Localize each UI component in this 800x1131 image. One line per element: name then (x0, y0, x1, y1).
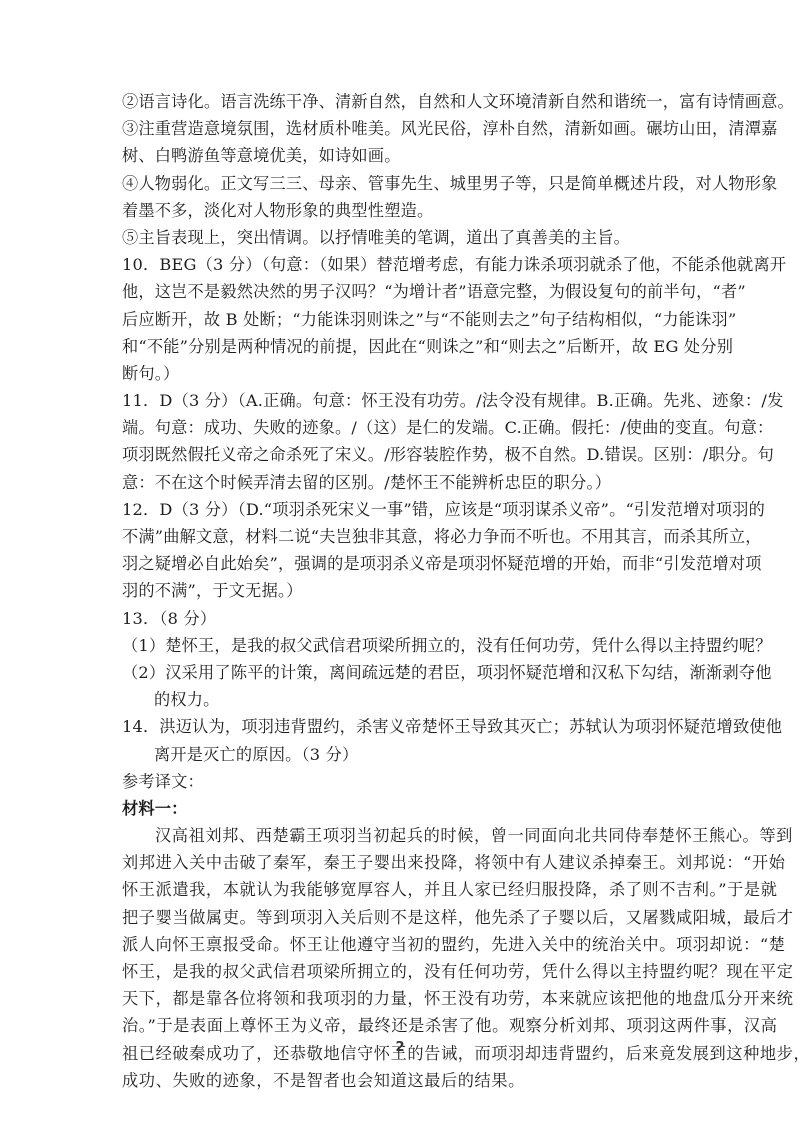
question-12-cont: 不满”曲解文意，材料二说“夫岂独非其意，将必力争而不听也。不用其言，而杀其所立， (122, 523, 682, 550)
translation-line: 成功、失败的迹象，不是智者也会知道这最后的结果。 (122, 1067, 682, 1094)
question-12-answer: 12．D（3 分）（D.“项羽杀死宋义一事”错，应该是“项羽谋杀义帝”。“引发范… (122, 496, 682, 523)
question-10-cont: 断句。） (122, 360, 682, 387)
question-11-answer: 11．D（3 分）（A.正确。句意：怀王没有功劳。/法令没有规律。B.正确。先兆… (122, 387, 682, 414)
answer-document: ②语言诗化。语言洗练干净、清新自然，自然和人文环境清新自然和谐统一，富有诗情画意… (122, 88, 682, 1094)
question-13-part-2: （2）汉采用了陈平的计策，离间疏远楚的君臣，项羽怀疑范增和汉私下勾结，渐渐剥夺他 (122, 659, 682, 686)
translation-line: 怀王派遣我，本就认为我能够宽厚容人，并且人家已经归服投降，杀了则不吉利。”于是就 (122, 876, 682, 903)
material-one-heading: 材料一： (122, 795, 682, 822)
question-14-answer: 14．洪迈认为，项羽违背盟约，杀害义帝楚怀王导致其灭亡；苏轼认为项羽怀疑范增致使… (122, 713, 682, 740)
translation-line: 天下，都是靠各位将领和我项羽的力量，怀王没有功劳，本来就应该把他的地盘瓜分开来统 (122, 985, 682, 1012)
translation-line: 派人向怀王禀报受命。怀王让他遵守当初的盟约，先进入关中的统治关中。项羽却说：“楚 (122, 931, 682, 958)
question-12-cont: 羽之疑增必自此始矣”，强调的是项羽杀义帝是项羽怀疑范增的开始，而非“引发范增对项 (122, 550, 682, 577)
answer-point-2: ②语言诗化。语言洗练干净、清新自然，自然和人文环境清新自然和谐统一，富有诗情画意… (122, 88, 682, 115)
question-13-part-2-cont: 的权力。 (122, 686, 682, 713)
translation-line: 怀王，是我的叔父武信君项梁所拥立的，没有任何功劳，凭什么得以主持盟约呢？现在平定 (122, 958, 682, 985)
question-13-heading: 13．（8 分） (122, 605, 682, 632)
question-13-part-1: （1）楚怀王，是我的叔父武信君项梁所拥立的，没有任何功劳，凭什么得以主持盟约呢？ (122, 632, 682, 659)
answer-point-3-cont: 树、白鸭游鱼等意境优美，如诗如画。 (122, 142, 682, 169)
translation-paragraph-start: 汉高祖刘邦、西楚霸王项羽当初起兵的时候，曾一同面向北共同侍奉楚怀王熊心。等到 (122, 822, 682, 849)
answer-point-3: ③注重营造意境氛围，选材质朴唯美。风光民俗，淳朴自然，清新如画。碾坊山田，清潭嘉 (122, 115, 682, 142)
translation-line: 刘邦进入关中击破了秦军，秦王子婴出来投降，将领中有人建议杀掉秦王。刘邦说：“开始 (122, 849, 682, 876)
reference-translation-heading: 参考译文： (122, 768, 682, 795)
translation-line: 治。”于是表面上尊怀王为义帝，最终还是杀害了他。观察分析刘邦、项羽这两件事，汉高 (122, 1012, 682, 1039)
answer-point-4-cont: 着墨不多，淡化对人物形象的典型性塑造。 (122, 197, 682, 224)
question-11-cont: 项羽既然假托义帝之命杀死了宋义。/形容装腔作势，极不自然。D.错误。区别：/职分… (122, 441, 682, 468)
question-14-cont: 离开是灭亡的原因。（3 分） (122, 741, 682, 768)
answer-point-4: ④人物弱化。正文写三三、母亲、管事先生、城里男子等，只是简单概述片段，对人物形象 (122, 170, 682, 197)
question-11-cont: 意：不在这个时候弄清去留的区别。/楚怀王不能辨析忠臣的职分。） (122, 469, 682, 496)
question-10-answer: 10．BEG（3 分）（句意：（如果）替范增考虑，有能力诛杀项羽就杀了他，不能杀… (122, 251, 682, 278)
question-11-cont: 端。句意：成功、失败的迹象。/（这）是仁的发端。C.正确。假托：/使曲的变直。句… (122, 414, 682, 441)
question-10-cont: 和“不能”分别是两种情况的前提，因此在“则诛之”和“则去之”后断开，故 EG 处… (122, 333, 682, 360)
translation-line: 把子婴当做属吏。等到项羽入关后则不是这样，他先杀了子婴以后，又屠戮咸阳城，最后才 (122, 904, 682, 931)
answer-point-5: ⑤主旨表现上，突出情调。以抒情唯美的笔调，道出了真善美的主旨。 (122, 224, 682, 251)
question-10-cont: 后应断开，故 B 处断；“力能诛羽则诛之”与“不能则去之”句子结构相似，“力能诛… (122, 306, 682, 333)
page-number: 2 (0, 1040, 800, 1055)
question-12-cont: 羽的不满”，于文无据。） (122, 577, 682, 604)
question-10-cont: 他，这岂不是毅然决然的男子汉吗？“为增计者”语意完整，为假设复句的前半句，“者” (122, 278, 682, 305)
